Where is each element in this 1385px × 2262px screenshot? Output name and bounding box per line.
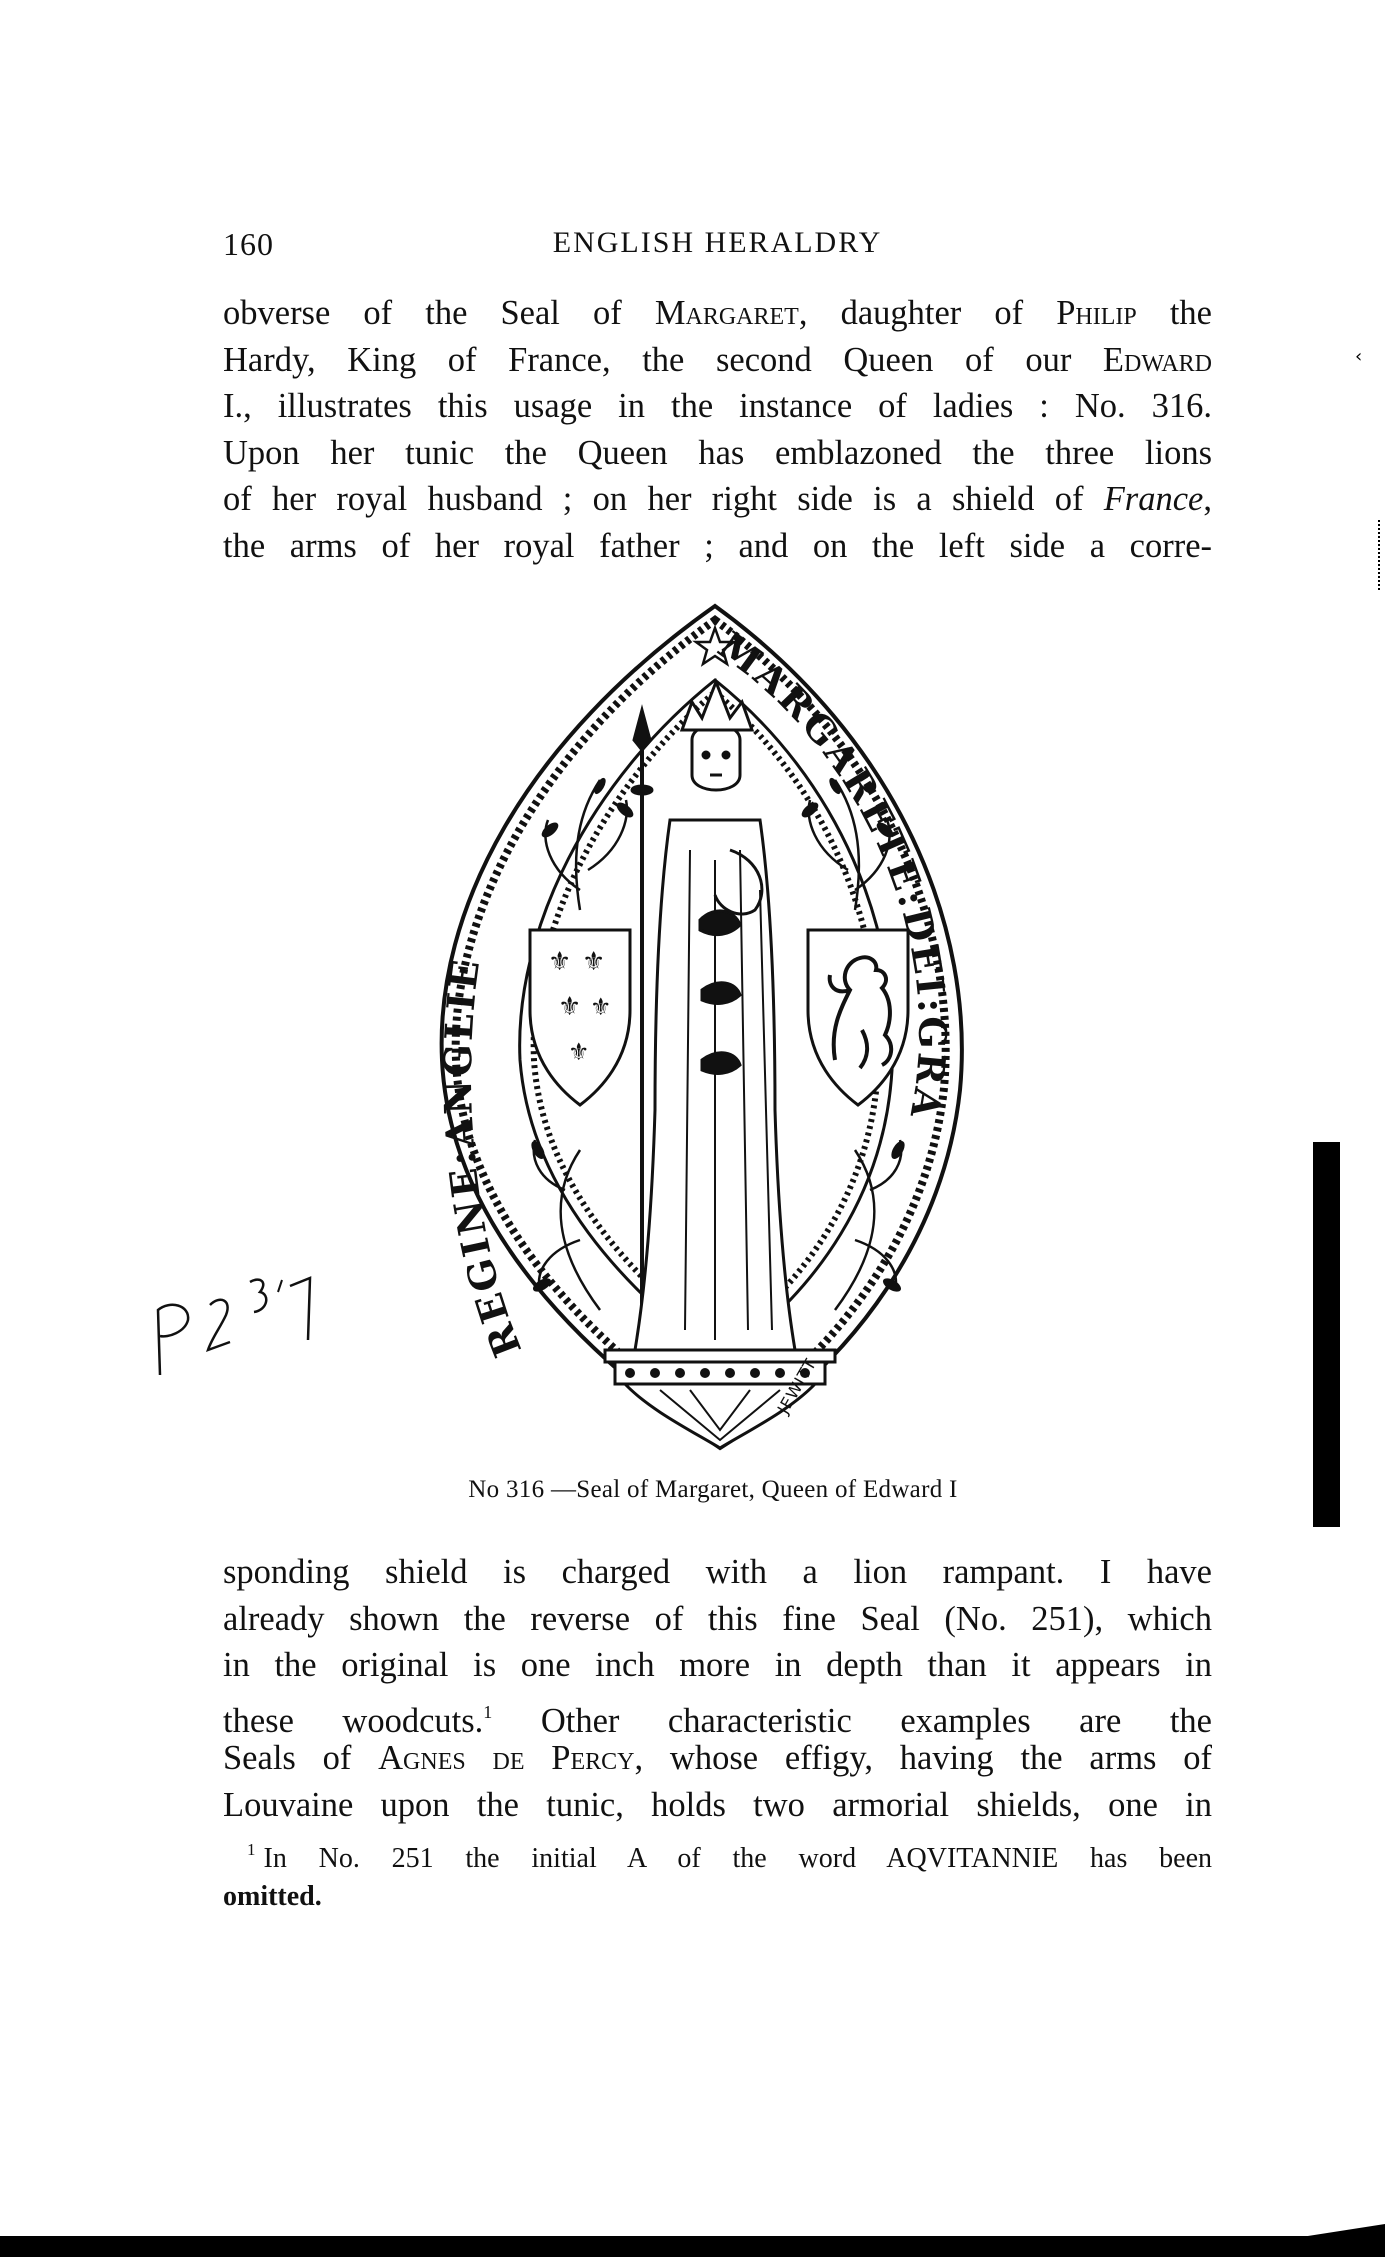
text-run: Margaret <box>655 294 799 332</box>
text-run: Other characteristic examples are the <box>492 1702 1212 1740</box>
text-line: I., illustrates this usage in the instan… <box>223 383 1212 430</box>
text-run: Philip <box>1056 294 1137 332</box>
text-line: these woodcuts.1 Other characteristic ex… <box>223 1689 1212 1736</box>
margin-dotted-mark <box>1378 520 1382 590</box>
text-line: Seals of Agnes de Percy, whose effigy, h… <box>223 1735 1212 1782</box>
text-run: the <box>1137 294 1212 332</box>
figure-caption: No 316 —Seal of Margaret, Queen of Edwar… <box>418 1476 1008 1504</box>
text-run: the arms of her royal father ; and on th… <box>223 527 1212 565</box>
seal-engraving-icon: MARGARETE:DEI:GRA REGINE:ANGLIE <box>430 590 970 1460</box>
svg-text:⚜: ⚜ <box>590 993 612 1021</box>
seal-illustration: MARGARETE:DEI:GRA REGINE:ANGLIE <box>430 590 970 1460</box>
text-line: Louvaine upon the tunic, holds two armor… <box>223 1782 1212 1829</box>
text-run: Upon her tunic the Queen has emblazoned … <box>223 434 1212 472</box>
svg-text:⚜: ⚜ <box>568 1038 590 1066</box>
text-line: the arms of her royal father ; and on th… <box>223 523 1212 570</box>
text-run: already shown the reverse of this fine S… <box>223 1600 1212 1638</box>
scan-bottom-rule <box>0 2236 1385 2257</box>
text-run: Edward <box>1103 341 1212 379</box>
footnote-text-1: In No. 251 the initial A of the word AQV… <box>264 1843 1213 1874</box>
svg-text:p 237: p 237 <box>150 1270 153 1271</box>
text-run: , <box>1203 480 1212 518</box>
footnote-line-2: omitted. <box>223 1873 1212 1920</box>
text-run: of her royal husband ; on her right side… <box>223 480 1104 518</box>
svg-text:⚜: ⚜ <box>582 947 605 977</box>
body-text-after-figure: sponding shield is charged with a lion r… <box>223 1549 1212 1828</box>
text-line: Upon her tunic the Queen has emblazoned … <box>223 430 1212 477</box>
svg-text:⚜: ⚜ <box>548 947 571 977</box>
text-run: Seals of <box>223 1739 378 1777</box>
text-run: sponding shield is charged with a lion r… <box>223 1553 1212 1591</box>
text-line: already shown the reverse of this fine S… <box>223 1596 1212 1643</box>
scan-edge-bar <box>1313 1142 1340 1527</box>
text-run: , daughter of <box>799 294 1056 332</box>
running-head: 160 ENGLISH HERALDRY <box>223 226 1212 270</box>
text-run: , whose effigy, having the arms of <box>635 1739 1213 1777</box>
footnote-marker: 1 <box>247 1840 256 1859</box>
running-title: ENGLISH HERALDRY <box>223 226 1212 260</box>
text-line: in the original is one inch more in dept… <box>223 1642 1212 1689</box>
margin-mark: ‹ <box>1355 346 1362 367</box>
footnote: 1In No. 251 the initial A of the word AQ… <box>223 1826 1212 1920</box>
text-run: obverse of the Seal of <box>223 294 655 332</box>
text-run: Agnes de Percy <box>378 1739 634 1777</box>
body-text-before-figure: obverse of the Seal of Margaret, daughte… <box>223 290 1212 569</box>
text-run: Hardy, King of France, the second Queen … <box>223 341 1103 379</box>
footnote-reference: 1 <box>483 1702 492 1722</box>
text-line: Hardy, King of France, the second Queen … <box>223 337 1212 384</box>
svg-text:⚜: ⚜ <box>558 992 581 1022</box>
text-run: in the original is one inch more in dept… <box>223 1646 1212 1684</box>
handwritten-page-note-icon: p 237 <box>150 1270 340 1380</box>
footnote-line-1: 1In No. 251 the initial A of the word AQ… <box>223 1826 1212 1873</box>
text-line: of her royal husband ; on her right side… <box>223 476 1212 523</box>
text-line: sponding shield is charged with a lion r… <box>223 1549 1212 1596</box>
text-run: Louvaine upon the tunic, holds two armor… <box>223 1786 1212 1824</box>
text-run: I., illustrates this usage in the instan… <box>223 387 1212 425</box>
text-run: France <box>1104 480 1204 518</box>
text-line: obverse of the Seal of Margaret, daughte… <box>223 290 1212 337</box>
text-run: these woodcuts. <box>223 1702 483 1740</box>
